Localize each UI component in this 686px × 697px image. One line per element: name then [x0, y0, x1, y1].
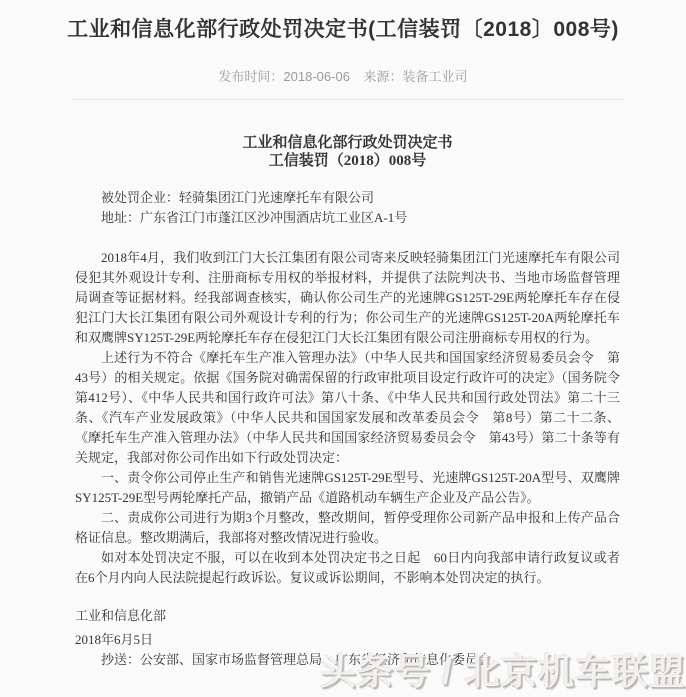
document-heading-line1: 工业和信息化部行政处罚决定书 [75, 134, 620, 152]
page-title: 工业和信息化部行政处罚决定书(工信装罚〔2018〕008号) [28, 16, 658, 44]
article-meta: 发布时间：2018-06-06 来源：装备工业司 [0, 66, 686, 85]
document-heading: 工业和信息化部行政处罚决定书 工信装罚（2018）008号 [75, 134, 620, 170]
document-body: 工业和信息化部行政处罚决定书 工信装罚（2018）008号 被处罚企业：轻骑集团… [0, 134, 686, 670]
paragraph-background: 2018年4月，我们收到江门大长江集团有限公司寄来反映轻骑集团江门光速摩托车有限… [75, 248, 620, 348]
source-label: 来源：装备工业司 [364, 69, 468, 84]
paragraph-decision-item-1: 一、责令你公司停止生产和销售光速牌GS125T-29E型号、光速牌GS125T-… [75, 468, 620, 508]
paragraph-appeal-rights: 如对本处罚决定不服，可以在收到本处罚决定书之日起 60日内向我部申请行政复议或者… [75, 548, 620, 588]
signer-name: 工业和信息化部 [75, 606, 620, 626]
penalized-company-line: 被处罚企业：轻骑集团江门光速摩托车有限公司 [75, 188, 620, 208]
cc-line: 抄送：公安部、国家市场监督管理总局、广东省经济和信息化委员会 [75, 650, 620, 670]
header-divider [72, 99, 624, 100]
signature-block: 工业和信息化部 2018年6月5日 [75, 606, 620, 650]
paragraph-legal-basis: 上述行为不符合《摩托车生产准入管理办法》（中华人民共和国国家经济贸易委员会令 第… [75, 348, 620, 468]
penalty-decision-page: { "page_title": "工业和信息化部行政处罚决定书(工信装罚〔201… [0, 0, 686, 697]
company-address-line: 地址：广东省江门市蓬江区沙冲围酒店坑工业区A-1号 [75, 208, 620, 228]
publish-date: 发布时间：2018-06-06 [218, 69, 350, 84]
penalized-party-info: 被处罚企业：轻骑集团江门光速摩托车有限公司 地址：广东省江门市蓬江区沙冲围酒店坑… [75, 188, 620, 228]
decision-paragraphs: 2018年4月，我们收到江门大长江集团有限公司寄来反映轻骑集团江门光速摩托车有限… [75, 248, 620, 588]
paragraph-decision-item-2: 二、责成你公司进行为期3个月整改，整改期间，暂停受理你公司新产品申报和上传产品合… [75, 508, 620, 548]
signature-date: 2018年6月5日 [75, 630, 620, 650]
document-heading-line2: 工信装罚（2018）008号 [75, 152, 620, 170]
